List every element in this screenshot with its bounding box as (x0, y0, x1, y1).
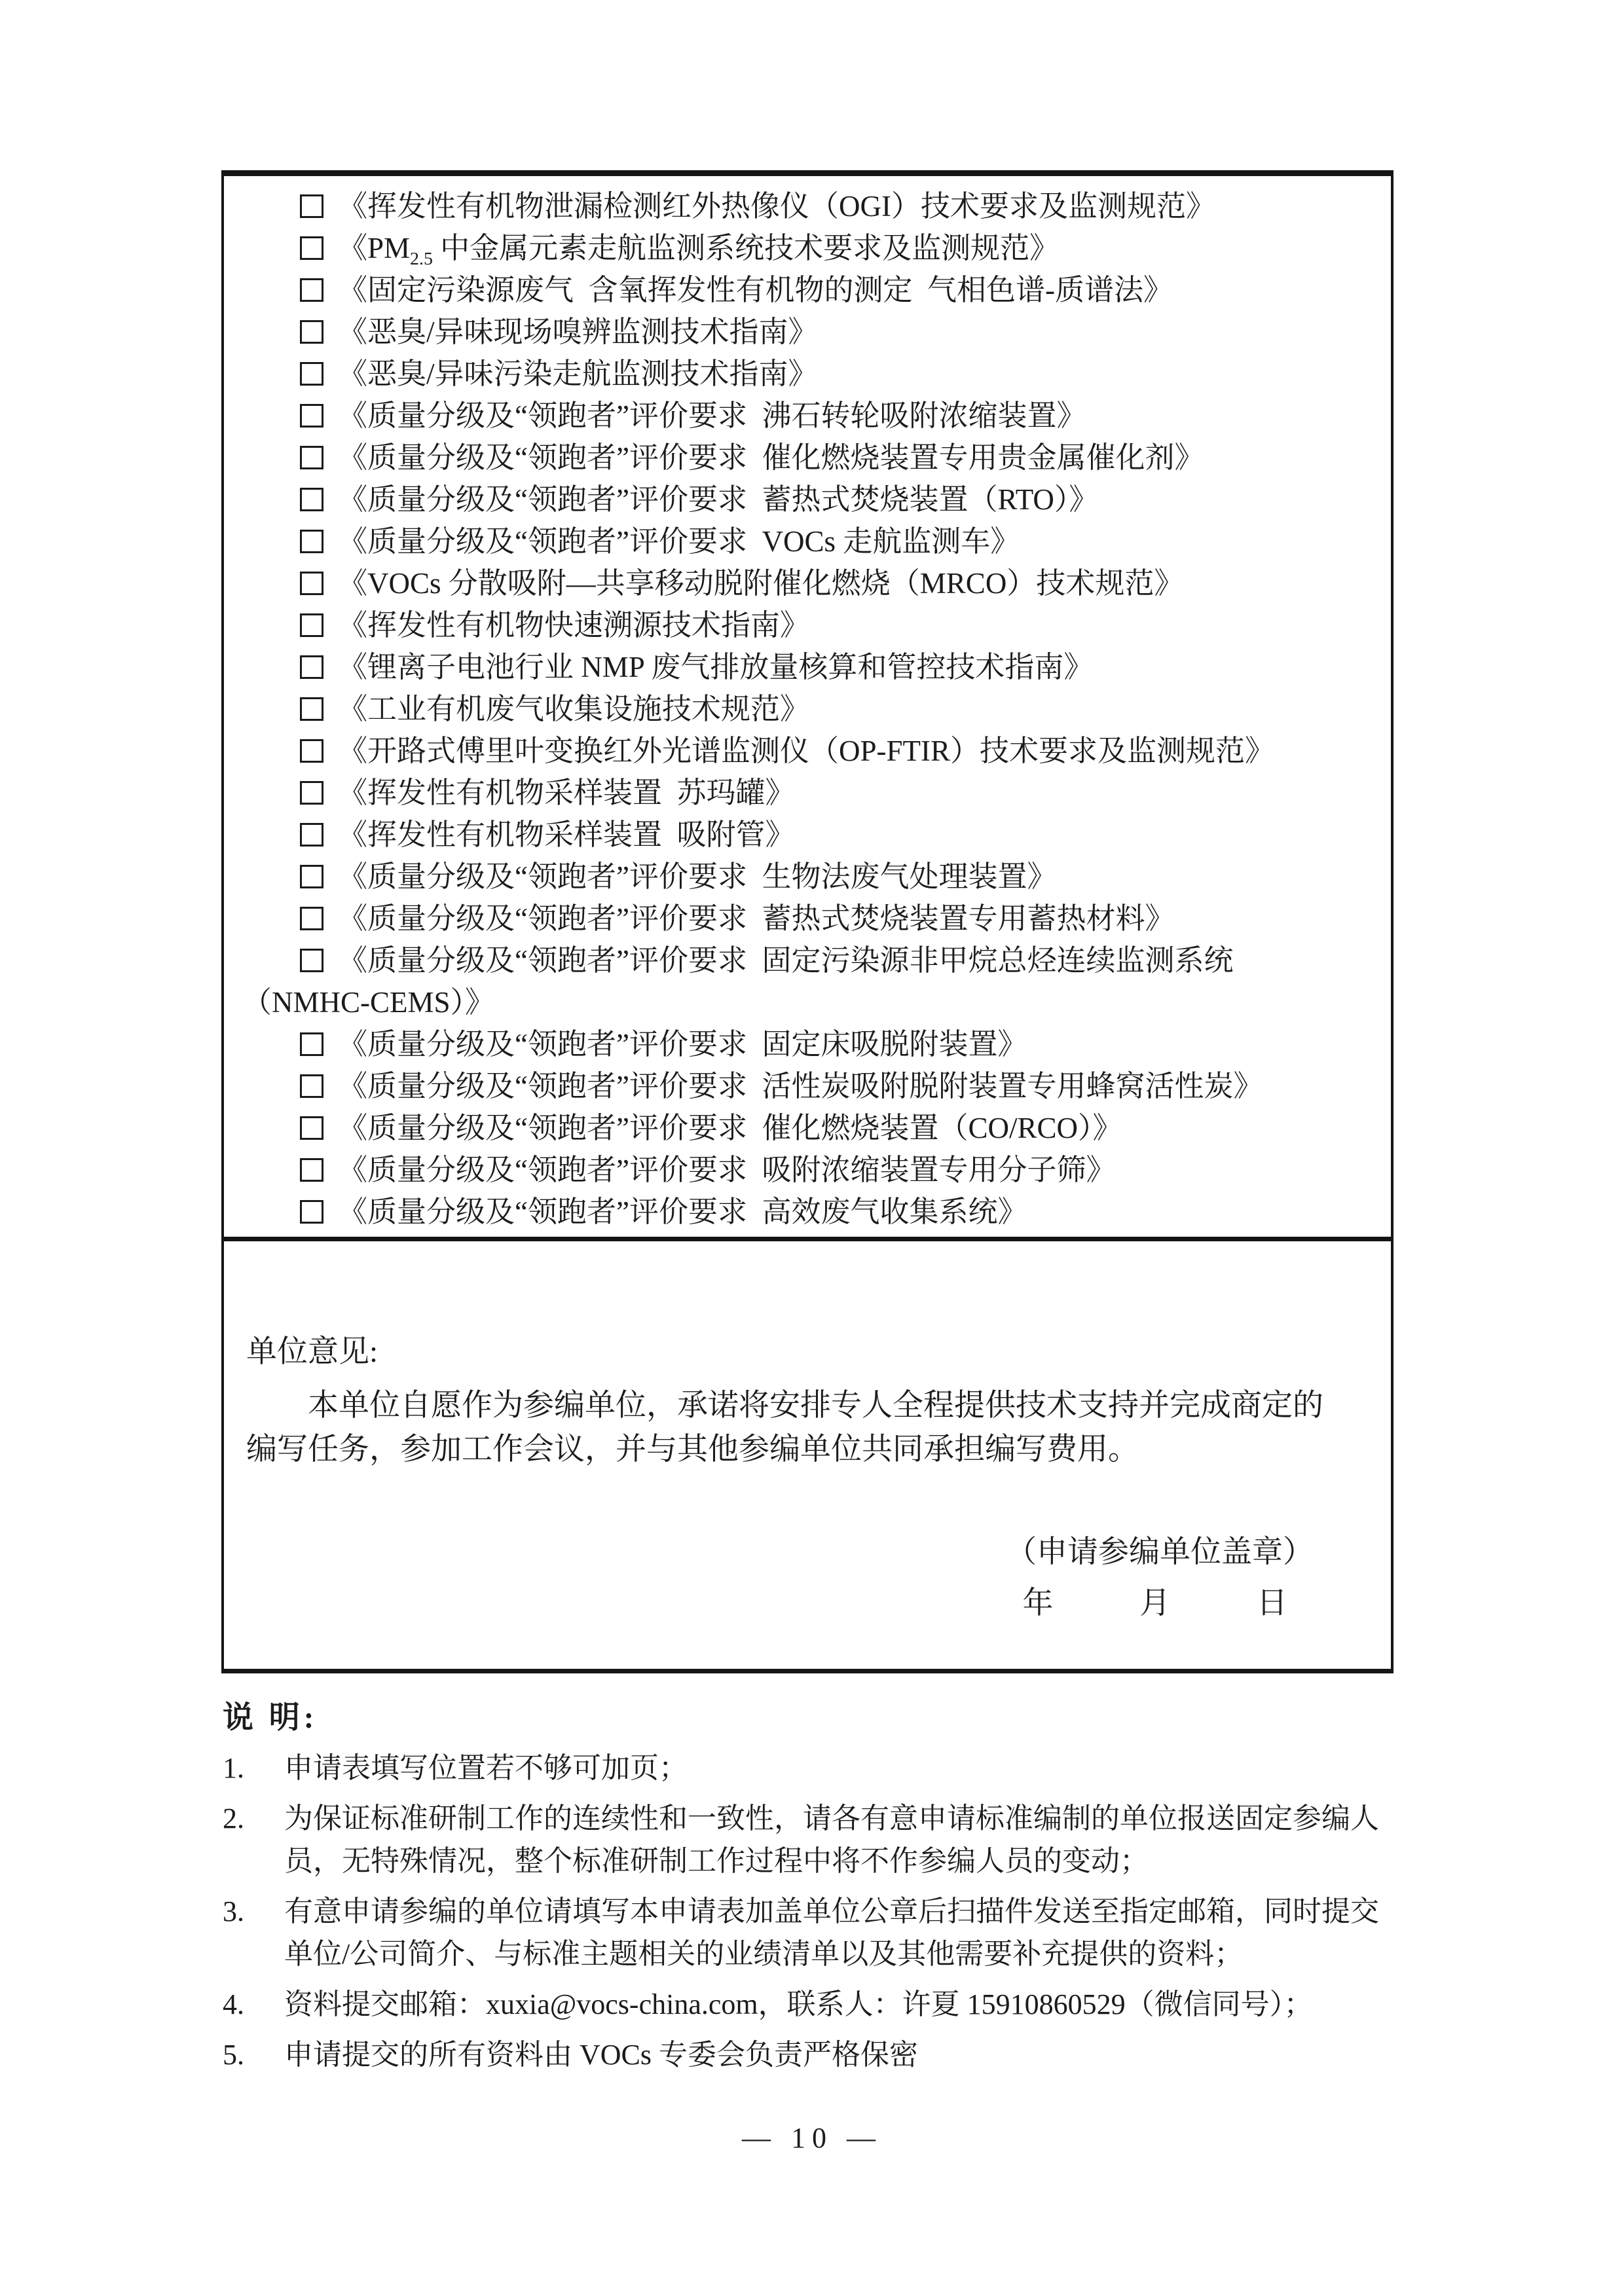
checklist-item: 《质量分级及“领跑者”评价要求 蓄热式焚烧装置专用蓄热材料》 (224, 898, 1374, 939)
checkbox-icon[interactable] (300, 865, 323, 888)
note-number: 2. (223, 1797, 284, 1882)
checkbox-icon[interactable] (300, 320, 323, 344)
standard-title: 《质量分级及“领跑者”评价要求 固定污染源非甲烷总烃连续监测系统 (338, 944, 1233, 977)
title-text: 《PM (338, 232, 410, 264)
standard-title: 《恶臭/异味污染走航监测技术指南》 (338, 357, 818, 390)
notes-heading: 说 明: (223, 1697, 1409, 1739)
title-text: 中金属元素走航监测系统技术要求及监测规范》 (433, 232, 1059, 264)
document-page: 《挥发性有机物泄漏检测红外热像仪（OGI）技术要求及监测规范》《PM2.5 中金… (0, 0, 1624, 2296)
checkbox-icon[interactable] (300, 362, 323, 386)
standard-title: 《工业有机废气收集设施技术规范》 (338, 693, 809, 725)
standard-title: 《质量分级及“领跑者”评价要求 VOCs 走航监测车》 (338, 525, 1020, 558)
unit-opinion-statement: 本单位自愿作为参编单位，承诺将安排专人全程提供技术支持并完成商定的 编写任务，参… (246, 1384, 1369, 1472)
checklist-item: 《挥发性有机物泄漏检测红外热像仪（OGI）技术要求及监测规范》 (224, 185, 1374, 227)
checklist-item: 《固定污染源废气 含氧挥发性有机物的测定 气相色谱-质谱法》 (224, 269, 1374, 311)
standard-title: 《PM2.5 中金属元素走航监测系统技术要求及监测规范》 (338, 232, 1059, 264)
standards-checklist: 《挥发性有机物泄漏检测红外热像仪（OGI）技术要求及监测规范》《PM2.5 中金… (224, 176, 1391, 1237)
checkbox-icon[interactable] (300, 739, 323, 763)
opinion-statement-line: 本单位自愿作为参编单位，承诺将安排专人全程提供技术支持并完成商定的 (246, 1384, 1369, 1428)
checklist-item: 《挥发性有机物采样装置 苏玛罐》 (224, 772, 1374, 814)
checklist-item: 《质量分级及“领跑者”评价要求 VOCs 走航监测车》 (224, 520, 1374, 562)
checkbox-icon[interactable] (300, 907, 323, 930)
note-text-line: 为保证标准研制工作的连续性和一致性，请各有意申请标准编制的单位报送固定参编人 (284, 1797, 1409, 1840)
section-divider (224, 1237, 1391, 1241)
checklist-item: 《质量分级及“领跑者”评价要求 吸附浓缩装置专用分子筛》 (224, 1149, 1374, 1191)
checklist-item: 《质量分级及“领跑者”评价要求 高效废气收集系统》 (224, 1191, 1374, 1233)
checklist-item: 《质量分级及“领跑者”评价要求 活性炭吸附脱附装置专用蜂窝活性炭》 (224, 1065, 1374, 1107)
standard-title: 《挥发性有机物采样装置 吸附管》 (338, 818, 795, 851)
note-text-line: 员，无特殊情况，整个标准研制工作过程中将不作参编人员的变动； (284, 1840, 1409, 1882)
checklist-item: 《开路式傅里叶变换红外光谱监测仪（OP-FTIR）技术要求及监测规范》 (224, 730, 1374, 772)
note-number: 5. (223, 2033, 284, 2076)
checkbox-icon[interactable] (300, 697, 323, 721)
note-text: 资料提交邮箱：xuxia@vocs-china.com，联系人：许夏 15910… (284, 1983, 1409, 2026)
note-text: 申请表填写位置若不够可加页； (284, 1747, 1409, 1789)
checklist-item: 《挥发性有机物采样装置 吸附管》 (224, 814, 1374, 856)
standard-title: 《挥发性有机物泄漏检测红外热像仪（OGI）技术要求及监测规范》 (338, 190, 1215, 223)
checklist-item: 《质量分级及“领跑者”评价要求 催化燃烧装置专用贵金属催化剂》 (224, 437, 1374, 479)
checkbox-icon[interactable] (300, 1116, 323, 1140)
year-label: 年 (1023, 1586, 1054, 1620)
standard-title: 《质量分级及“领跑者”评价要求 吸附浓缩装置专用分子筛》 (338, 1154, 1115, 1186)
checklist-item: 《质量分级及“领跑者”评价要求 催化燃烧装置（CO/RCO）》 (224, 1107, 1374, 1149)
note-text-line: 有意申请参编的单位请填写本申请表加盖单位公章后扫描件发送至指定邮箱，同时提交 (284, 1890, 1409, 1933)
checklist-item: 《VOCs 分散吸附—共享移动脱附催化燃烧（MRCO）技术规范》 (224, 562, 1374, 604)
note-text-line: 申请表填写位置若不够可加页； (284, 1747, 1409, 1789)
standard-title: 《质量分级及“领跑者”评价要求 固定床吸脱附装置》 (338, 1028, 1027, 1061)
checkbox-icon[interactable] (300, 1074, 323, 1098)
checklist-item: 《恶臭/异味污染走航监测技术指南》 (224, 353, 1374, 395)
checkbox-icon[interactable] (300, 488, 323, 511)
checklist-item: 《质量分级及“领跑者”评价要求 固定污染源非甲烷总烃连续监测系统（NMHC-CE… (224, 939, 1374, 1023)
checklist-item: 《质量分级及“领跑者”评价要求 生物法废气处理装置》 (224, 856, 1374, 898)
stamp-instruction: （申请参编单位盖章） (246, 1532, 1369, 1573)
note-text-line: 申请提交的所有资料由 VOCs 专委会负责严格保密 (284, 2033, 1409, 2076)
unit-opinion-section: 单位意见: 本单位自愿作为参编单位，承诺将安排专人全程提供技术支持并完成商定的 … (224, 1241, 1391, 1669)
standard-title: 《质量分级及“领跑者”评价要求 催化燃烧装置（CO/RCO）》 (338, 1112, 1122, 1144)
note-item: 4.资料提交邮箱：xuxia@vocs-china.com，联系人：许夏 159… (223, 1983, 1409, 2026)
note-item: 3.有意申请参编的单位请填写本申请表加盖单位公章后扫描件发送至指定邮箱，同时提交… (223, 1890, 1409, 1975)
note-text-line: 单位/公司简介、与标准主题相关的业绩清单以及其他需要补充提供的资料； (284, 1933, 1409, 1975)
standard-title: 《质量分级及“领跑者”评价要求 沸石转轮吸附浓缩装置》 (338, 399, 1086, 432)
standard-title: 《质量分级及“领跑者”评价要求 高效废气收集系统》 (338, 1195, 1027, 1228)
checklist-item: 《PM2.5 中金属元素走航监测系统技术要求及监测规范》 (224, 227, 1374, 269)
page-number: — 10 — (0, 2121, 1624, 2155)
standard-title: 《质量分级及“领跑者”评价要求 活性炭吸附脱附装置专用蜂窝活性炭》 (338, 1070, 1263, 1102)
application-form-box: 《挥发性有机物泄漏检测红外热像仪（OGI）技术要求及监测规范》《PM2.5 中金… (221, 170, 1393, 1673)
signature-date-line: 年 月 日 (246, 1583, 1369, 1624)
standard-title: 《开路式傅里叶变换红外光谱监测仪（OP-FTIR）技术要求及监测规范》 (338, 735, 1274, 767)
checklist-item: 《质量分级及“领跑者”评价要求 蓄热式焚烧装置（RTO）》 (224, 479, 1374, 520)
standard-title: 《挥发性有机物快速溯源技术指南》 (338, 609, 809, 642)
checkbox-icon[interactable] (300, 572, 323, 595)
checklist-item: 《工业有机废气收集设施技术规范》 (224, 688, 1374, 730)
checklist-item: 《恶臭/异味现场嗅辨监测技术指南》 (224, 311, 1374, 353)
checklist-item: 《锂离子电池行业 NMP 废气排放量核算和管控技术指南》 (224, 646, 1374, 688)
notes-list: 1.申请表填写位置若不够可加页；2.为保证标准研制工作的连续性和一致性，请各有意… (223, 1747, 1409, 2076)
checkbox-icon[interactable] (300, 949, 323, 972)
standard-title: 《VOCs 分散吸附—共享移动脱附催化燃烧（MRCO）技术规范》 (338, 567, 1183, 600)
opinion-statement-line: 编写任务，参加工作会议，并与其他参编单位共同承担编写费用。 (246, 1428, 1369, 1472)
month-label: 月 (1139, 1586, 1170, 1620)
note-item: 2.为保证标准研制工作的连续性和一致性，请各有意申请标准编制的单位报送固定参编人… (223, 1797, 1409, 1882)
unit-opinion-label: 单位意见: (246, 1332, 1369, 1372)
standard-title: 《质量分级及“领跑者”评价要求 催化燃烧装置专用贵金属催化剂》 (338, 441, 1204, 474)
checklist-item: 《质量分级及“领跑者”评价要求 沸石转轮吸附浓缩装置》 (224, 395, 1374, 437)
note-text: 有意申请参编的单位请填写本申请表加盖单位公章后扫描件发送至指定邮箱，同时提交单位… (284, 1890, 1409, 1975)
note-number: 1. (223, 1747, 284, 1789)
checkbox-icon[interactable] (300, 655, 323, 679)
standard-title: 《固定污染源废气 含氧挥发性有机物的测定 气相色谱-质谱法》 (338, 274, 1173, 306)
note-number: 4. (223, 1983, 284, 2026)
checkbox-icon[interactable] (300, 1032, 323, 1056)
note-text-line: 资料提交邮箱：xuxia@vocs-china.com，联系人：许夏 15910… (284, 1983, 1409, 2026)
checkbox-icon[interactable] (300, 613, 323, 637)
checkbox-icon[interactable] (300, 236, 323, 260)
note-text: 为保证标准研制工作的连续性和一致性，请各有意申请标准编制的单位报送固定参编人员，… (284, 1797, 1409, 1882)
checklist-item: 《挥发性有机物快速溯源技术指南》 (224, 604, 1374, 646)
checklist-item: 《质量分级及“领跑者”评价要求 固定床吸脱附装置》 (224, 1023, 1374, 1065)
standard-title: 《质量分级及“领跑者”评价要求 蓄热式焚烧装置（RTO）》 (338, 483, 1098, 516)
checkbox-icon[interactable] (300, 781, 323, 805)
subscript-text: 2.5 (410, 249, 433, 269)
checkbox-icon[interactable] (300, 194, 323, 218)
standard-title: 《质量分级及“领跑者”评价要求 蓄热式焚烧装置专用蓄热材料》 (338, 902, 1174, 935)
notes-section: 说 明: 1.申请表填写位置若不够可加页；2.为保证标准研制工作的连续性和一致性… (223, 1697, 1409, 2076)
standard-title: 《恶臭/异味现场嗅辨监测技术指南》 (338, 316, 818, 348)
standard-title: 《质量分级及“领跑者”评价要求 生物法废气处理装置》 (338, 860, 1056, 893)
checkbox-icon[interactable] (300, 278, 323, 302)
standard-title-wrap: （NMHC-CEMS）》 (242, 981, 1374, 1023)
note-item: 1.申请表填写位置若不够可加页； (223, 1747, 1409, 1789)
checkbox-icon[interactable] (300, 1200, 323, 1224)
note-number: 3. (223, 1890, 284, 1975)
note-item: 5.申请提交的所有资料由 VOCs 专委会负责严格保密 (223, 2033, 1409, 2076)
standard-title: 《锂离子电池行业 NMP 废气排放量核算和管控技术指南》 (338, 651, 1093, 683)
checkbox-icon[interactable] (300, 404, 323, 428)
checkbox-icon[interactable] (300, 823, 323, 847)
day-label: 日 (1257, 1586, 1287, 1620)
checkbox-icon[interactable] (300, 446, 323, 469)
checkbox-icon[interactable] (300, 530, 323, 553)
checkbox-icon[interactable] (300, 1158, 323, 1182)
note-text: 申请提交的所有资料由 VOCs 专委会负责严格保密 (284, 2033, 1409, 2076)
standard-title: 《挥发性有机物采样装置 苏玛罐》 (338, 776, 795, 809)
